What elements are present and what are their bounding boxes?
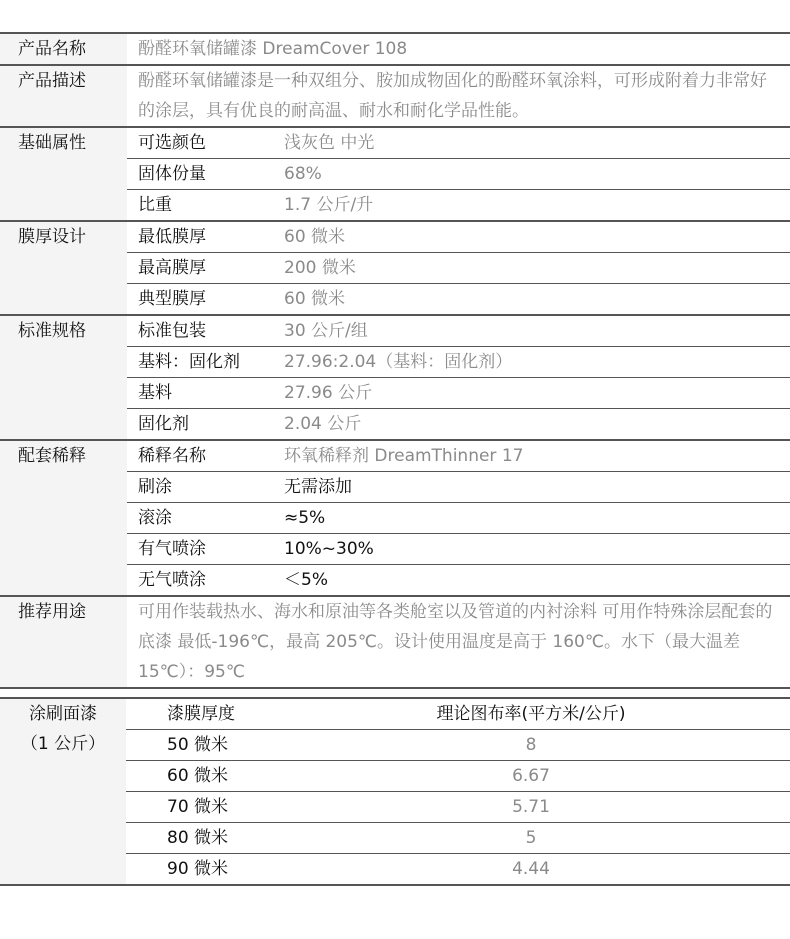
basic-value-solids: 68% [274,159,790,190]
standard-name-ratio: 基料：固化剂 [127,347,274,378]
thinner-name-brush: 刷涂 [127,472,274,503]
row-basic-0: 基础属性 可选颜色 浅灰色 中光 [0,127,790,159]
film-value-max: 200 微米 [274,253,790,284]
header-thickness: 漆膜厚度 [126,698,400,730]
label-product-desc: 产品描述 [0,65,127,127]
label-product-name: 产品名称 [0,33,127,65]
film-value-min: 60 微米 [274,221,790,253]
rate-cell: 8 [400,730,790,761]
rate-cell: 5 [400,823,790,854]
product-spec-table: 产品名称 酚醛环氧储罐漆 DreamCover 108 产品描述 酚醛环氧储罐漆… [0,32,790,689]
thinner-name-roller: 滚涂 [127,503,274,534]
value-product-name: 酚醛环氧储罐漆 DreamCover 108 [127,33,790,65]
label-standard: 标准规格 [0,315,127,440]
standard-value-hardener: 2.04 公斤 [274,409,790,441]
thinner-value-brush: 无需添加 [274,472,790,503]
thickness-cell: 90 微米 [126,854,400,886]
label-basic: 基础属性 [0,127,127,221]
thinner-value-airless-spray: ＜5% [274,565,790,597]
coverage-label-line1: 涂刷面漆 [0,699,126,729]
standard-value-ratio: 27.96:2.04（基料：固化剂） [274,347,790,378]
basic-name-solids: 固体份量 [127,159,274,190]
coverage-label-line2: （1 公斤） [0,729,126,759]
standard-name-package: 标准包装 [127,315,274,347]
value-usage: 可用作装载热水、海水和原油等各类舱室以及管道的内衬涂料 可用作特殊涂层配套的底漆… [127,596,790,688]
thinner-name-airless-spray: 无气喷涂 [127,565,274,597]
thinner-name-air-spray: 有气喷涂 [127,534,274,565]
basic-value-color: 浅灰色 中光 [274,127,790,159]
row-standard-0: 标准规格 标准包装 30 公斤/组 [0,315,790,347]
coverage-header-row: 涂刷面漆 （1 公斤） 漆膜厚度 理论图布率(平方米/公斤) [0,698,790,730]
standard-value-base: 27.96 公斤 [274,378,790,409]
thinner-value-product: 环氧稀释剂 DreamThinner 17 [274,440,790,472]
film-name-max: 最高膜厚 [127,253,274,284]
coverage-label: 涂刷面漆 （1 公斤） [0,698,126,885]
thinner-name-product: 稀释名称 [127,440,274,472]
standard-name-hardener: 固化剂 [127,409,274,441]
thickness-cell: 70 微米 [126,792,400,823]
label-film: 膜厚设计 [0,221,127,315]
label-usage: 推荐用途 [0,596,127,688]
rate-cell: 5.71 [400,792,790,823]
thickness-cell: 60 微米 [126,761,400,792]
label-thinner: 配套稀释 [0,440,127,596]
row-product-name: 产品名称 酚醛环氧储罐漆 DreamCover 108 [0,33,790,65]
rate-cell: 6.67 [400,761,790,792]
row-film-0: 膜厚设计 最低膜厚 60 微米 [0,221,790,253]
film-name-typical: 典型膜厚 [127,284,274,316]
standard-value-package: 30 公斤/组 [274,315,790,347]
thinner-value-roller: ≈5% [274,503,790,534]
thickness-cell: 80 微米 [126,823,400,854]
film-name-min: 最低膜厚 [127,221,274,253]
thickness-cell: 50 微米 [126,730,400,761]
basic-value-density: 1.7 公斤/升 [274,190,790,222]
thinner-value-air-spray: 10%~30% [274,534,790,565]
basic-name-color: 可选颜色 [127,127,274,159]
value-product-desc: 酚醛环氧储罐漆是一种双组分、胺加成物固化的酚醛环氧涂料，可形成附着力非常好的涂层… [127,65,790,127]
row-product-desc: 产品描述 酚醛环氧储罐漆是一种双组分、胺加成物固化的酚醛环氧涂料，可形成附着力非… [0,65,790,127]
basic-name-density: 比重 [127,190,274,222]
header-rate: 理论图布率(平方米/公斤) [400,698,790,730]
rate-cell: 4.44 [400,854,790,886]
row-thinner-0: 配套稀释 稀释名称 环氧稀释剂 DreamThinner 17 [0,440,790,472]
row-usage: 推荐用途 可用作装载热水、海水和原油等各类舱室以及管道的内衬涂料 可用作特殊涂层… [0,596,790,688]
coverage-table: 涂刷面漆 （1 公斤） 漆膜厚度 理论图布率(平方米/公斤) 50 微米 8 6… [0,697,790,886]
standard-name-base: 基料 [127,378,274,409]
film-value-typical: 60 微米 [274,284,790,316]
